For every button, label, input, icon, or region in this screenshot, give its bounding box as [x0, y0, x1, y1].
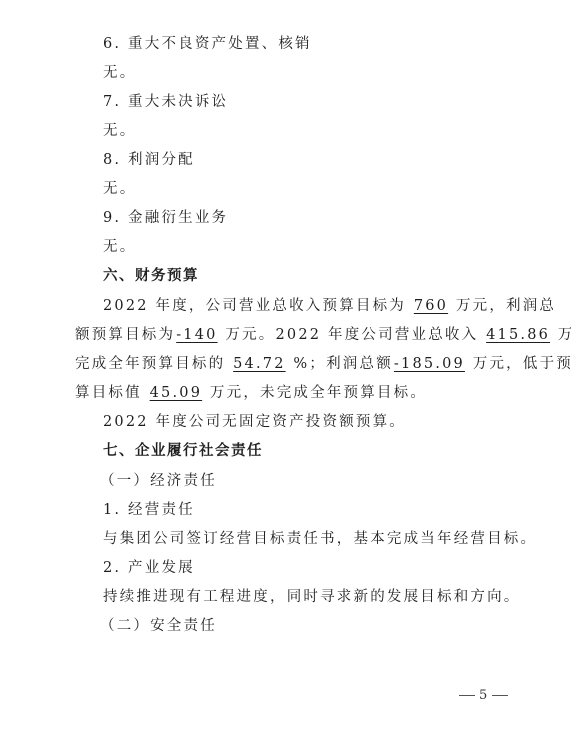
item-body-operating-responsibility: 与集团公司签订经营目标责任书，基本完成当年经营目标。 [103, 529, 543, 549]
item-heading-7: 7. 重大未决诉讼 [103, 92, 543, 112]
item-heading-6: 6. 重大不良资产处置、核销 [103, 34, 543, 54]
revenue-target-value: 760 [413, 298, 449, 314]
section-title-financial-budget: 六、财务预算 [103, 266, 543, 286]
budget-paragraph-line-4: 算目标值 45.09 万元，未完成全年预算目标。 [75, 383, 515, 403]
text: 万元， [551, 327, 571, 343]
budget-paragraph-line-2: 额预算目标为-140 万元。2022 年度公司营业总收入 415.86 万元， [75, 325, 515, 345]
item-body-industry-development: 持续推进现有工程进度，同时寻求新的发展目标和方向。 [103, 587, 543, 607]
item-heading-9: 9. 金融衍生业务 [103, 208, 543, 228]
text: %；利润总额 [287, 356, 393, 372]
budget-paragraph-line-3: 完成全年预算目标的 54.72 %；利润总额-185.09 万元，低于预 [75, 354, 515, 374]
text: 完成全年预算目标的 [75, 356, 232, 372]
budget-paragraph-line-1: 2022 年度，公司营业总收入预算目标为 760 万元，利润总 [103, 296, 543, 316]
section-title-social-responsibility: 七、企业履行社会责任 [103, 441, 543, 461]
completion-rate-value: 54.72 [232, 356, 287, 372]
text: 万元，利润总 [449, 298, 556, 314]
text: 万元。2022 年度公司营业总收入 [219, 327, 486, 343]
fixed-asset-budget-paragraph: 2022 年度公司无固定资产投资额预算。 [103, 412, 543, 432]
dash-left [459, 695, 475, 696]
item-body-8: 无。 [103, 179, 543, 199]
item-heading-operating-responsibility: 1. 经营责任 [103, 500, 543, 520]
profit-gap-value: 45.09 [149, 385, 204, 401]
subsection-economic-responsibility: （一）经济责任 [100, 471, 540, 491]
revenue-actual-value: 415.86 [485, 327, 551, 343]
page-number-value: 5 [479, 688, 488, 703]
item-heading-industry-development: 2. 产业发展 [103, 558, 543, 578]
document-page: 6. 重大不良资产处置、核销 无。 7. 重大未决诉讼 无。 8. 利润分配 无… [0, 0, 571, 735]
text: 算目标值 [75, 385, 149, 401]
profit-target-value: -140 [175, 327, 218, 343]
page-number: 5 [455, 688, 512, 703]
item-body-6: 无。 [103, 63, 543, 83]
item-heading-8: 8. 利润分配 [103, 150, 543, 170]
dash-right [492, 695, 508, 696]
text: 2022 年度，公司营业总收入预算目标为 [103, 298, 413, 314]
text: 万元，低于预 [466, 356, 571, 372]
text: 额预算目标为 [75, 327, 175, 343]
profit-actual-value: -185.09 [393, 356, 466, 372]
subsection-safety-responsibility: （二）安全责任 [100, 616, 540, 636]
item-body-9: 无。 [103, 237, 543, 257]
item-body-7: 无。 [103, 121, 543, 141]
text: 万元，未完成全年预算目标。 [203, 385, 427, 401]
